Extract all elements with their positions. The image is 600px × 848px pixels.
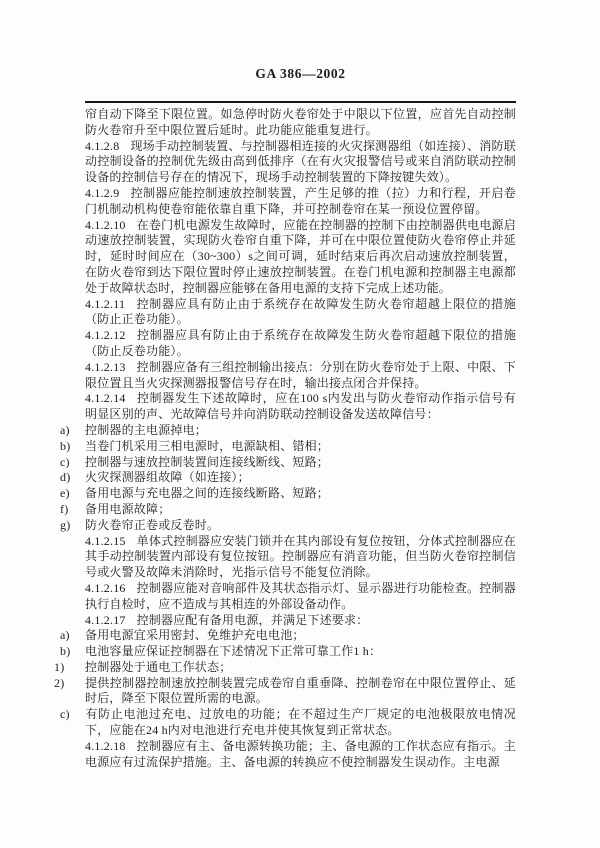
clause-text: 控制器应具有防止由于系统存在故障发生防火卷帘超越下限位的措施（防止反卷功能）。 [85, 328, 516, 358]
clause-number: 4.1.2.18 [85, 739, 126, 753]
paragraph-text: 帘自动下降至下限位置。如急停时防火卷帘处于中限以下位置，应首先自动控制防火卷帘升… [85, 107, 516, 137]
sub-list-item-2: 2)提供控制器控制速放控制装置完成卷帘自重垂降、控制卷帘在中限位置停止、延时后，… [85, 676, 516, 708]
clause-number: 4.1.2.9 [85, 186, 119, 200]
clause-4-1-2-12: 4.1.2.12控制器应具有防止由于系统存在故障发生防火卷帘超越下限位的措施（防… [85, 328, 516, 360]
clause-text: 控制器发生下述故障时，应在100 s内发出与防火卷帘动作指示信号有明显区别的声、… [85, 391, 516, 421]
requirement-list-item-c: c)有防止电池过充电、过放电的功能；在不超过生产厂规定的电池极限放电情况下，应能… [85, 707, 516, 739]
clause-text: 控制器应能对音响部件及其状态指示灯、显示器进行功能检查。控制器执行自检时，应不造… [85, 581, 516, 611]
clause-number: 4.1.2.13 [85, 360, 126, 374]
clause-4-1-2-9: 4.1.2.9控制器应能控制速放控制装置，产生足够的推（拉）力和行程，开启卷门机… [85, 186, 516, 218]
list-item-label: d) [60, 470, 85, 486]
list-item-label: c) [60, 707, 85, 723]
clause-text: 在卷门机电源发生故障时，应能在控制器的控制下由控制器供电电源启动速放控制装置，实… [85, 218, 516, 295]
clause-4-1-2-8: 4.1.2.8现场手动控制装置、与控制器相连接的火灾探测器组（如连接）、消防联动… [85, 139, 516, 186]
fault-list-item-e: e)备用电源与充电器之间的连接线断路、短路； [85, 486, 516, 502]
list-item-label: f) [60, 502, 85, 518]
list-item-text: 当卷门机采用三相电源时，电源缺相、错相； [85, 439, 329, 453]
clause-number: 4.1.2.16 [85, 581, 126, 595]
list-item-label: b) [60, 439, 85, 455]
clause-number: 4.1.2.8 [85, 139, 119, 153]
clause-4-1-2-11: 4.1.2.11控制器应具有防止由于系统存在故障发生防火卷帘超越上限位的措施（防… [85, 297, 516, 329]
clause-4-1-2-16: 4.1.2.16控制器应能对音响部件及其状态指示灯、显示器进行功能检查。控制器执… [85, 581, 516, 613]
clause-number: 4.1.2.14 [85, 391, 126, 405]
clause-text: 现场手动控制装置、与控制器相连接的火灾探测器组（如连接）、消防联动控制设备的控制… [85, 139, 516, 185]
list-item-text: 备用电源与充电器之间的连接线断路、短路； [85, 486, 329, 500]
clause-text: 控制器应有主、备电源转换功能；主、备电源的工作状态应有指示。主电源应有过流保护措… [85, 739, 516, 769]
fault-list-item-c: c)控制器与速放控制装置间连接线断线、短路； [85, 455, 516, 471]
sub-list-item-1: 1)控制器处于通电工作状态； [85, 660, 516, 676]
clause-4-1-2-17: 4.1.2.17控制器应配有备用电源，并满足下述要求： [85, 613, 516, 629]
continued-paragraph: 帘自动下降至下限位置。如急停时防火卷帘处于中限以下位置，应首先自动控制防火卷帘升… [85, 107, 516, 139]
list-item-text: 控制器的主电源掉电； [85, 423, 207, 437]
fault-list-item-g: g)防火卷帘正卷或反卷时。 [85, 518, 516, 534]
list-item-label: e) [60, 486, 85, 502]
list-item-label: a) [60, 423, 85, 439]
clause-number: 4.1.2.10 [85, 218, 126, 232]
clause-4-1-2-10: 4.1.2.10在卷门机电源发生故障时，应能在控制器的控制下由控制器供电电源启动… [85, 218, 516, 297]
list-item-text: 火灾探测器组故障（如连接）； [85, 470, 250, 484]
requirement-list-item-a: a)备用电源宜采用密封、免维护充电电池； [85, 628, 516, 644]
list-item-text: 备用电源宜采用密封、免维护充电电池； [85, 628, 305, 642]
clause-number: 4.1.2.11 [85, 297, 125, 311]
list-item-label: b) [60, 644, 85, 660]
list-item-text: 防火卷帘正卷或反卷时。 [85, 518, 219, 532]
list-item-text: 控制器与速放控制装置间连接线断线、短路； [85, 455, 329, 469]
body-text-block: 帘自动下降至下限位置。如急停时防火卷帘处于中限以下位置，应首先自动控制防火卷帘升… [85, 107, 516, 770]
clause-text: 控制器应具有防止由于系统存在故障发生防火卷帘超越上限位的措施（防止正卷功能）。 [85, 297, 516, 327]
sub-item-label: 2) [54, 676, 85, 692]
clause-4-1-2-18: 4.1.2.18控制器应有主、备电源转换功能；主、备电源的工作状态应有指示。主电… [85, 739, 516, 771]
clause-text: 控制器应能控制速放控制装置，产生足够的推（拉）力和行程，开启卷门机制动机构使卷帘… [85, 186, 516, 216]
fault-list-item-f: f)备用电源故障； [85, 502, 516, 518]
clause-text: 单体式控制器应安装门锁并在其内部设有复位按钮，分体式控制器应在其手动控制装置内部… [85, 534, 516, 580]
fault-list-item-b: b)当卷门机采用三相电源时，电源缺相、错相； [85, 439, 516, 455]
clause-number: 4.1.2.12 [85, 328, 126, 342]
header-rule [85, 101, 516, 103]
clause-4-1-2-13: 4.1.2.13控制器应备有三组控制输出接点：分别在防火卷帘处于上限、中限、下限… [85, 360, 516, 392]
document-page: GA 386—2002 帘自动下降至下限位置。如急停时防火卷帘处于中限以下位置，… [0, 0, 600, 848]
requirement-list-item-b: b)电池容量应保证控制器在下述情况下正常可靠工作1 h： [85, 644, 516, 660]
sub-item-text: 提供控制器控制速放控制装置完成卷帘自重垂降、控制卷帘在中限位置停止、延时后，降至… [85, 676, 516, 706]
list-item-label: g) [60, 518, 85, 534]
clause-4-1-2-15: 4.1.2.15单体式控制器应安装门锁并在其内部设有复位按钮，分体式控制器应在其… [85, 534, 516, 581]
page-content: GA 386—2002 帘自动下降至下限位置。如急停时防火卷帘处于中限以下位置，… [85, 0, 516, 770]
clause-4-1-2-14: 4.1.2.14控制器发生下述故障时，应在100 s内发出与防火卷帘动作指示信号… [85, 391, 516, 423]
list-item-label: a) [60, 628, 85, 644]
clause-number: 4.1.2.17 [85, 613, 126, 627]
sub-item-label: 1) [54, 660, 85, 676]
list-item-label: c) [60, 455, 85, 471]
fault-list-item-a: a)控制器的主电源掉电； [85, 423, 516, 439]
list-item-text: 电池容量应保证控制器在下述情况下正常可靠工作1 h： [85, 644, 381, 658]
standard-code-header: GA 386—2002 [85, 66, 516, 82]
clause-text: 控制器应配有备用电源，并满足下述要求： [137, 613, 369, 627]
clause-number: 4.1.2.15 [85, 534, 126, 548]
list-item-text: 备用电源故障； [85, 502, 170, 516]
sub-item-text: 控制器处于通电工作状态； [85, 660, 231, 674]
fault-list-item-d: d)火灾探测器组故障（如连接）； [85, 470, 516, 486]
list-item-text: 有防止电池过充电、过放电的功能；在不超过生产厂规定的电池极限放电情况下，应能在2… [85, 707, 516, 737]
clause-text: 控制器应备有三组控制输出接点：分别在防火卷帘处于上限、中限、下限位置且当火灾探测… [85, 360, 516, 390]
